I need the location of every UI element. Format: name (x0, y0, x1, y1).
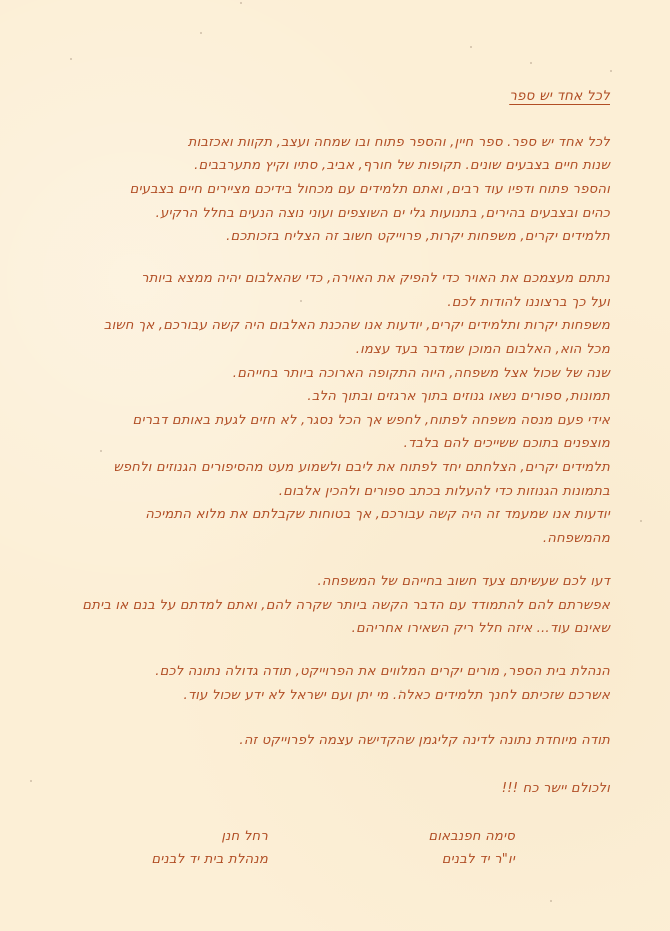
letter-line: שנה של שכול אצל משפחה, היוה התקופה הארוכ… (233, 366, 610, 382)
letter-line: והספר פתוח ודפיו עוד רבים, ואתם תלמידים … (130, 182, 610, 198)
letter-line: לכל אחד יש ספר. ספר חיין, והספר פתוח ובו… (188, 135, 610, 151)
closing-line: ולכולם יישר כח !!! (502, 781, 610, 797)
signature-chair: סימה חפנבאום יו"ר יד לבנים (428, 829, 515, 868)
signature-director: רחל חנן מנהלת בית יד לבנים (151, 829, 268, 868)
letter-line: תלמידים יקרים, הצלחתם יחד לפתוח את ליבם … (113, 460, 610, 476)
letter-line: הנהלת בית הספר, מורים יקרים המלווים את ה… (155, 664, 610, 680)
letter-line: משפחות יקרות ותלמידים יקרים, יודעות אנו … (104, 318, 610, 334)
letter-line: אידי פעם מנסה משפחה לפתוח, לחפש אך הכל נ… (133, 413, 610, 429)
letter-line: תמונות, ספורים נשאו גנוזים בתוך ארגזים ו… (307, 389, 610, 405)
letter-line: שנות חיים בצבעים שונים. תקופות של חורף, … (194, 158, 610, 174)
signature-role: יו"ר יד לבנים (428, 852, 515, 868)
letter-line: תלמידים יקרים, משפחות יקרות, פרוייקט חשו… (226, 229, 610, 245)
letter-line: תודה מיוחדת נתונה לדינה קליגמן שהקדישה ע… (239, 733, 610, 749)
letter-line: שאינם עוד... איזה חלל ריק השאירו אחריהם. (352, 621, 610, 637)
letter-line: אשרכם שזכיתם לחנך תלמידים כאלה. מי יתן ו… (183, 688, 610, 704)
letter-line: אפשרתם להם להתמודד עם הדבר הקשה ביותר שק… (82, 598, 610, 614)
signature-name: סימה חפנבאום (428, 829, 515, 845)
letter-line: ועל כך ברצוננו להודות לכם. (447, 295, 610, 311)
letter-title: לכל אחד יש ספר (509, 88, 610, 104)
letter-line: מכל הוא, האלבום המוכן שמדבר בעד עצמו. (356, 342, 610, 358)
signature-name: רחל חנן (151, 829, 268, 845)
signature-role: מנהלת בית יד לבנים (151, 852, 268, 868)
letter-line: יודעות אנו שמעמד זה היה קשה עבורכם, אך ב… (145, 507, 610, 523)
letter-line: מהמשפחה. (543, 531, 610, 547)
letter-line: דעו לכם שעשיתם צעד חשוב בחייהם של המשפחה… (318, 574, 611, 590)
letter-line: בתמונות הגנוזות כדי להעלות בכתב ספורים ו… (279, 484, 610, 500)
letter-line: מוצפנים בתוכם ששייכים להם בלבד. (404, 436, 610, 452)
letter: לכל אחד יש ספר לכל אחד יש ספר. ספר חיין,… (0, 0, 670, 931)
letter-line: נתתם מעצמכם את האויר כדי להפיק את האוירה… (141, 271, 610, 287)
letter-line: כהים ובצבעים בהירים, בתנועות גלי ים השוצ… (156, 206, 610, 222)
